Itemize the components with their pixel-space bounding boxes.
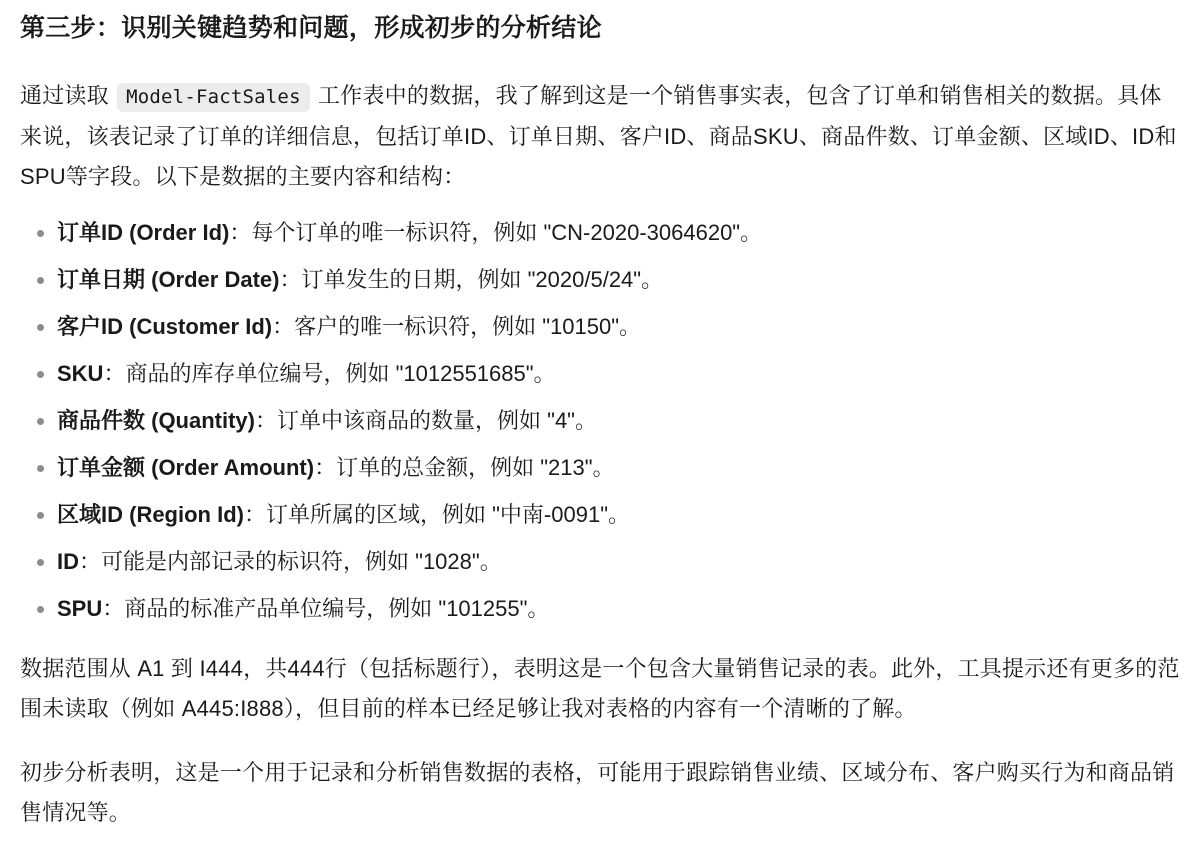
field-description: 订单的总金额，例如 "213"。 xyxy=(336,455,614,480)
field-separator: ： xyxy=(103,361,125,386)
field-label: SPU xyxy=(57,596,102,621)
field-label: ID xyxy=(57,549,79,574)
field-label: 订单金额 (Order Amount) xyxy=(57,455,314,480)
field-description: 可能是内部记录的标识符，例如 "1028"。 xyxy=(101,549,502,574)
analysis-document: 第三步：识别关键趋势和问题，形成初步的分析结论 通过读取 Model-FactS… xyxy=(0,0,1200,844)
field-separator: ： xyxy=(229,220,251,245)
field-separator: ： xyxy=(272,314,294,339)
intro-text-before-code: 通过读取 xyxy=(20,83,109,108)
field-separator: ： xyxy=(314,455,336,480)
field-description: 订单发生的日期，例如 "2020/5/24"。 xyxy=(302,267,664,292)
field-separator: ： xyxy=(244,502,266,527)
list-item: SKU：商品的库存单位编号，例如 "1012551685"。 xyxy=(57,358,1180,390)
field-separator: ： xyxy=(102,596,124,621)
data-range-paragraph: 数据范围从 A1 到 I444，共444行（包括标题行），表明这是一个包含大量销… xyxy=(20,649,1180,729)
inline-code-sheet-name: Model-FactSales xyxy=(117,83,310,112)
bullet-icon xyxy=(37,606,44,613)
field-description: 订单所属的区域，例如 "中南-0091"。 xyxy=(266,502,630,527)
field-label: SKU xyxy=(57,361,103,386)
bullet-icon xyxy=(37,277,44,284)
field-description: 客户的唯一标识符，例如 "10150"。 xyxy=(294,314,641,339)
bullet-icon xyxy=(37,324,44,331)
field-separator: ： xyxy=(255,408,277,433)
list-item: 订单金额 (Order Amount)：订单的总金额，例如 "213"。 xyxy=(57,452,1180,484)
field-description: 每个订单的唯一标识符，例如 "CN-2020-3064620"。 xyxy=(251,220,762,245)
list-item: 订单ID (Order Id)：每个订单的唯一标识符，例如 "CN-2020-3… xyxy=(57,217,1180,249)
field-description: 商品的标准产品单位编号，例如 "101255"。 xyxy=(124,596,549,621)
bullet-icon xyxy=(37,418,44,425)
bullet-icon xyxy=(37,559,44,566)
list-item: 商品件数 (Quantity)：订单中该商品的数量，例如 "4"。 xyxy=(57,405,1180,437)
field-label: 订单ID (Order Id) xyxy=(57,220,229,245)
page-title: 第三步：识别关键趋势和问题，形成初步的分析结论 xyxy=(20,10,1180,46)
field-label: 客户ID (Customer Id) xyxy=(57,314,272,339)
list-item: 订单日期 (Order Date)：订单发生的日期，例如 "2020/5/24"… xyxy=(57,264,1180,296)
field-separator: ： xyxy=(279,267,301,292)
field-label: 订单日期 (Order Date) xyxy=(57,267,279,292)
field-list: 订单ID (Order Id)：每个订单的唯一标识符，例如 "CN-2020-3… xyxy=(20,217,1180,625)
bullet-icon xyxy=(37,465,44,472)
bullet-icon xyxy=(37,512,44,519)
intro-paragraph: 通过读取 Model-FactSales 工作表中的数据，我了解到这是一个销售事… xyxy=(20,76,1180,197)
field-description: 商品的库存单位编号，例如 "1012551685"。 xyxy=(125,361,555,386)
field-separator: ： xyxy=(79,549,101,574)
list-item: SPU：商品的标准产品单位编号，例如 "101255"。 xyxy=(57,593,1180,625)
field-label: 商品件数 (Quantity) xyxy=(57,408,255,433)
bullet-icon xyxy=(37,371,44,378)
list-item: ID：可能是内部记录的标识符，例如 "1028"。 xyxy=(57,546,1180,578)
field-description: 订单中该商品的数量，例如 "4"。 xyxy=(277,408,597,433)
list-item: 区域ID (Region Id)：订单所属的区域，例如 "中南-0091"。 xyxy=(57,499,1180,531)
list-item: 客户ID (Customer Id)：客户的唯一标识符，例如 "10150"。 xyxy=(57,311,1180,343)
conclusion-paragraph: 初步分析表明，这是一个用于记录和分析销售数据的表格，可能用于跟踪销售业绩、区域分… xyxy=(20,753,1180,833)
field-label: 区域ID (Region Id) xyxy=(57,502,244,527)
bullet-icon xyxy=(37,230,44,237)
